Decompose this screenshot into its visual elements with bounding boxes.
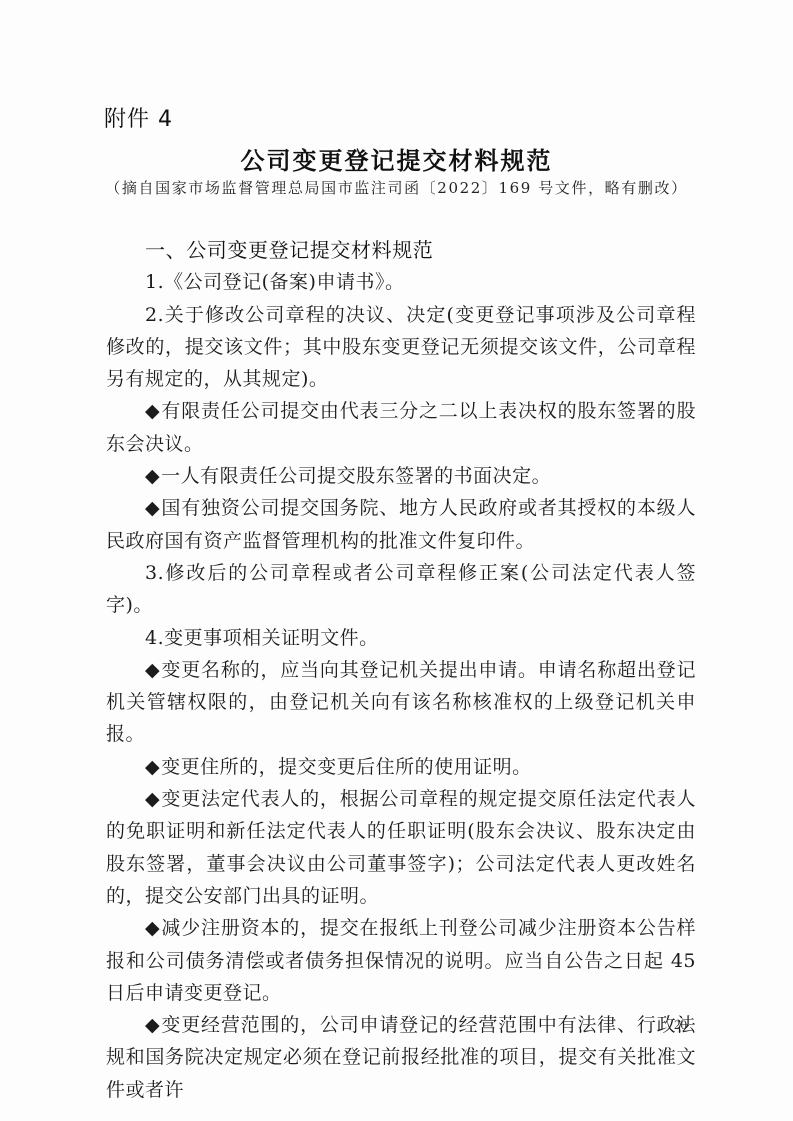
diamond-bullet-icon: ◆	[145, 788, 160, 810]
paragraph-text: 有限责任公司提交由代表三分之二以上表决权的股东签署的股东会决议。	[106, 400, 696, 454]
page-number: 20	[674, 1017, 687, 1033]
paragraph-text: 1.《公司登记(备案)申请书》。	[145, 271, 404, 293]
document-subtitle: （摘自国家市场监督管理总局国市监注司函〔2022〕169 号文件，略有删改）	[0, 177, 793, 198]
paragraph-text: 减少注册资本的，提交在报纸上刊登公司减少注册资本公告样报和公司债务清偿或者债务担…	[106, 917, 696, 1004]
paragraph-item-3: 3.修改后的公司章程或者公司章程修正案(公司法定代表人签字)。	[106, 557, 696, 622]
section-heading: 一、公司变更登记提交材料规范	[106, 234, 696, 266]
diamond-bullet-icon: ◆	[145, 756, 160, 778]
document-title: 公司变更登记提交材料规范	[0, 141, 793, 176]
diamond-bullet-icon: ◆	[145, 465, 160, 487]
paragraph-text: 国有独资公司提交国务院、地方人民政府或者其授权的本级人民政府国有资产监督管理机构…	[106, 497, 696, 551]
diamond-bullet-icon: ◆	[145, 659, 160, 681]
document-body: 一、公司变更登记提交材料规范 1.《公司登记(备案)申请书》。 2.关于修改公司…	[106, 234, 696, 1106]
paragraph-text: 3.修改后的公司章程或者公司章程修正案(公司法定代表人签字)。	[106, 562, 696, 616]
bullet-paragraph: ◆变更经营范围的，公司申请登记的经营范围中有法律、行政法规和国务院决定规定必须在…	[106, 1009, 696, 1106]
attachment-label: 附件 4	[104, 102, 173, 133]
bullet-paragraph: ◆一人有限责任公司提交股东签署的书面决定。	[106, 460, 696, 492]
paragraph-text: 一人有限责任公司提交股东签署的书面决定。	[161, 465, 551, 487]
paragraph-text: 2.关于修改公司章程的决议、决定(变更登记事项涉及公司章程修改的，提交该文件；其…	[106, 304, 696, 391]
paragraph-text: 4.变更事项相关证明文件。	[145, 627, 379, 649]
bullet-paragraph: ◆变更名称的，应当向其登记机关提出申请。申请名称超出登记机关管辖权限的，由登记机…	[106, 654, 696, 751]
paragraph-text: 变更经营范围的，公司申请登记的经营范围中有法律、行政法规和国务院决定规定必须在登…	[106, 1014, 696, 1101]
diamond-bullet-icon: ◆	[145, 1014, 160, 1036]
diamond-bullet-icon: ◆	[145, 497, 160, 519]
paragraph-text: 变更住所的，提交变更后住所的使用证明。	[161, 756, 532, 778]
paragraph-item-1: 1.《公司登记(备案)申请书》。	[106, 266, 696, 298]
bullet-paragraph: ◆变更住所的，提交变更后住所的使用证明。	[106, 751, 696, 783]
paragraph-item-4: 4.变更事项相关证明文件。	[106, 622, 696, 654]
bullet-paragraph: ◆减少注册资本的，提交在报纸上刊登公司减少注册资本公告样报和公司债务清偿或者债务…	[106, 912, 696, 1009]
diamond-bullet-icon: ◆	[145, 917, 160, 939]
document-page: 附件 4 公司变更登记提交材料规范 （摘自国家市场监督管理总局国市监注司函〔20…	[0, 0, 793, 1121]
bullet-paragraph: ◆有限责任公司提交由代表三分之二以上表决权的股东签署的股东会决议。	[106, 395, 696, 460]
bullet-paragraph: ◆国有独资公司提交国务院、地方人民政府或者其授权的本级人民政府国有资产监督管理机…	[106, 492, 696, 557]
diamond-bullet-icon: ◆	[145, 400, 160, 422]
bullet-paragraph: ◆变更法定代表人的，根据公司章程的规定提交原任法定代表人的免职证明和新任法定代表…	[106, 783, 696, 912]
paragraph-text: 变更名称的，应当向其登记机关提出申请。申请名称超出登记机关管辖权限的，由登记机关…	[106, 659, 696, 746]
paragraph-text: 变更法定代表人的，根据公司章程的规定提交原任法定代表人的免职证明和新任法定代表人…	[106, 788, 696, 907]
paragraph-item-2: 2.关于修改公司章程的决议、决定(变更登记事项涉及公司章程修改的，提交该文件；其…	[106, 299, 696, 396]
